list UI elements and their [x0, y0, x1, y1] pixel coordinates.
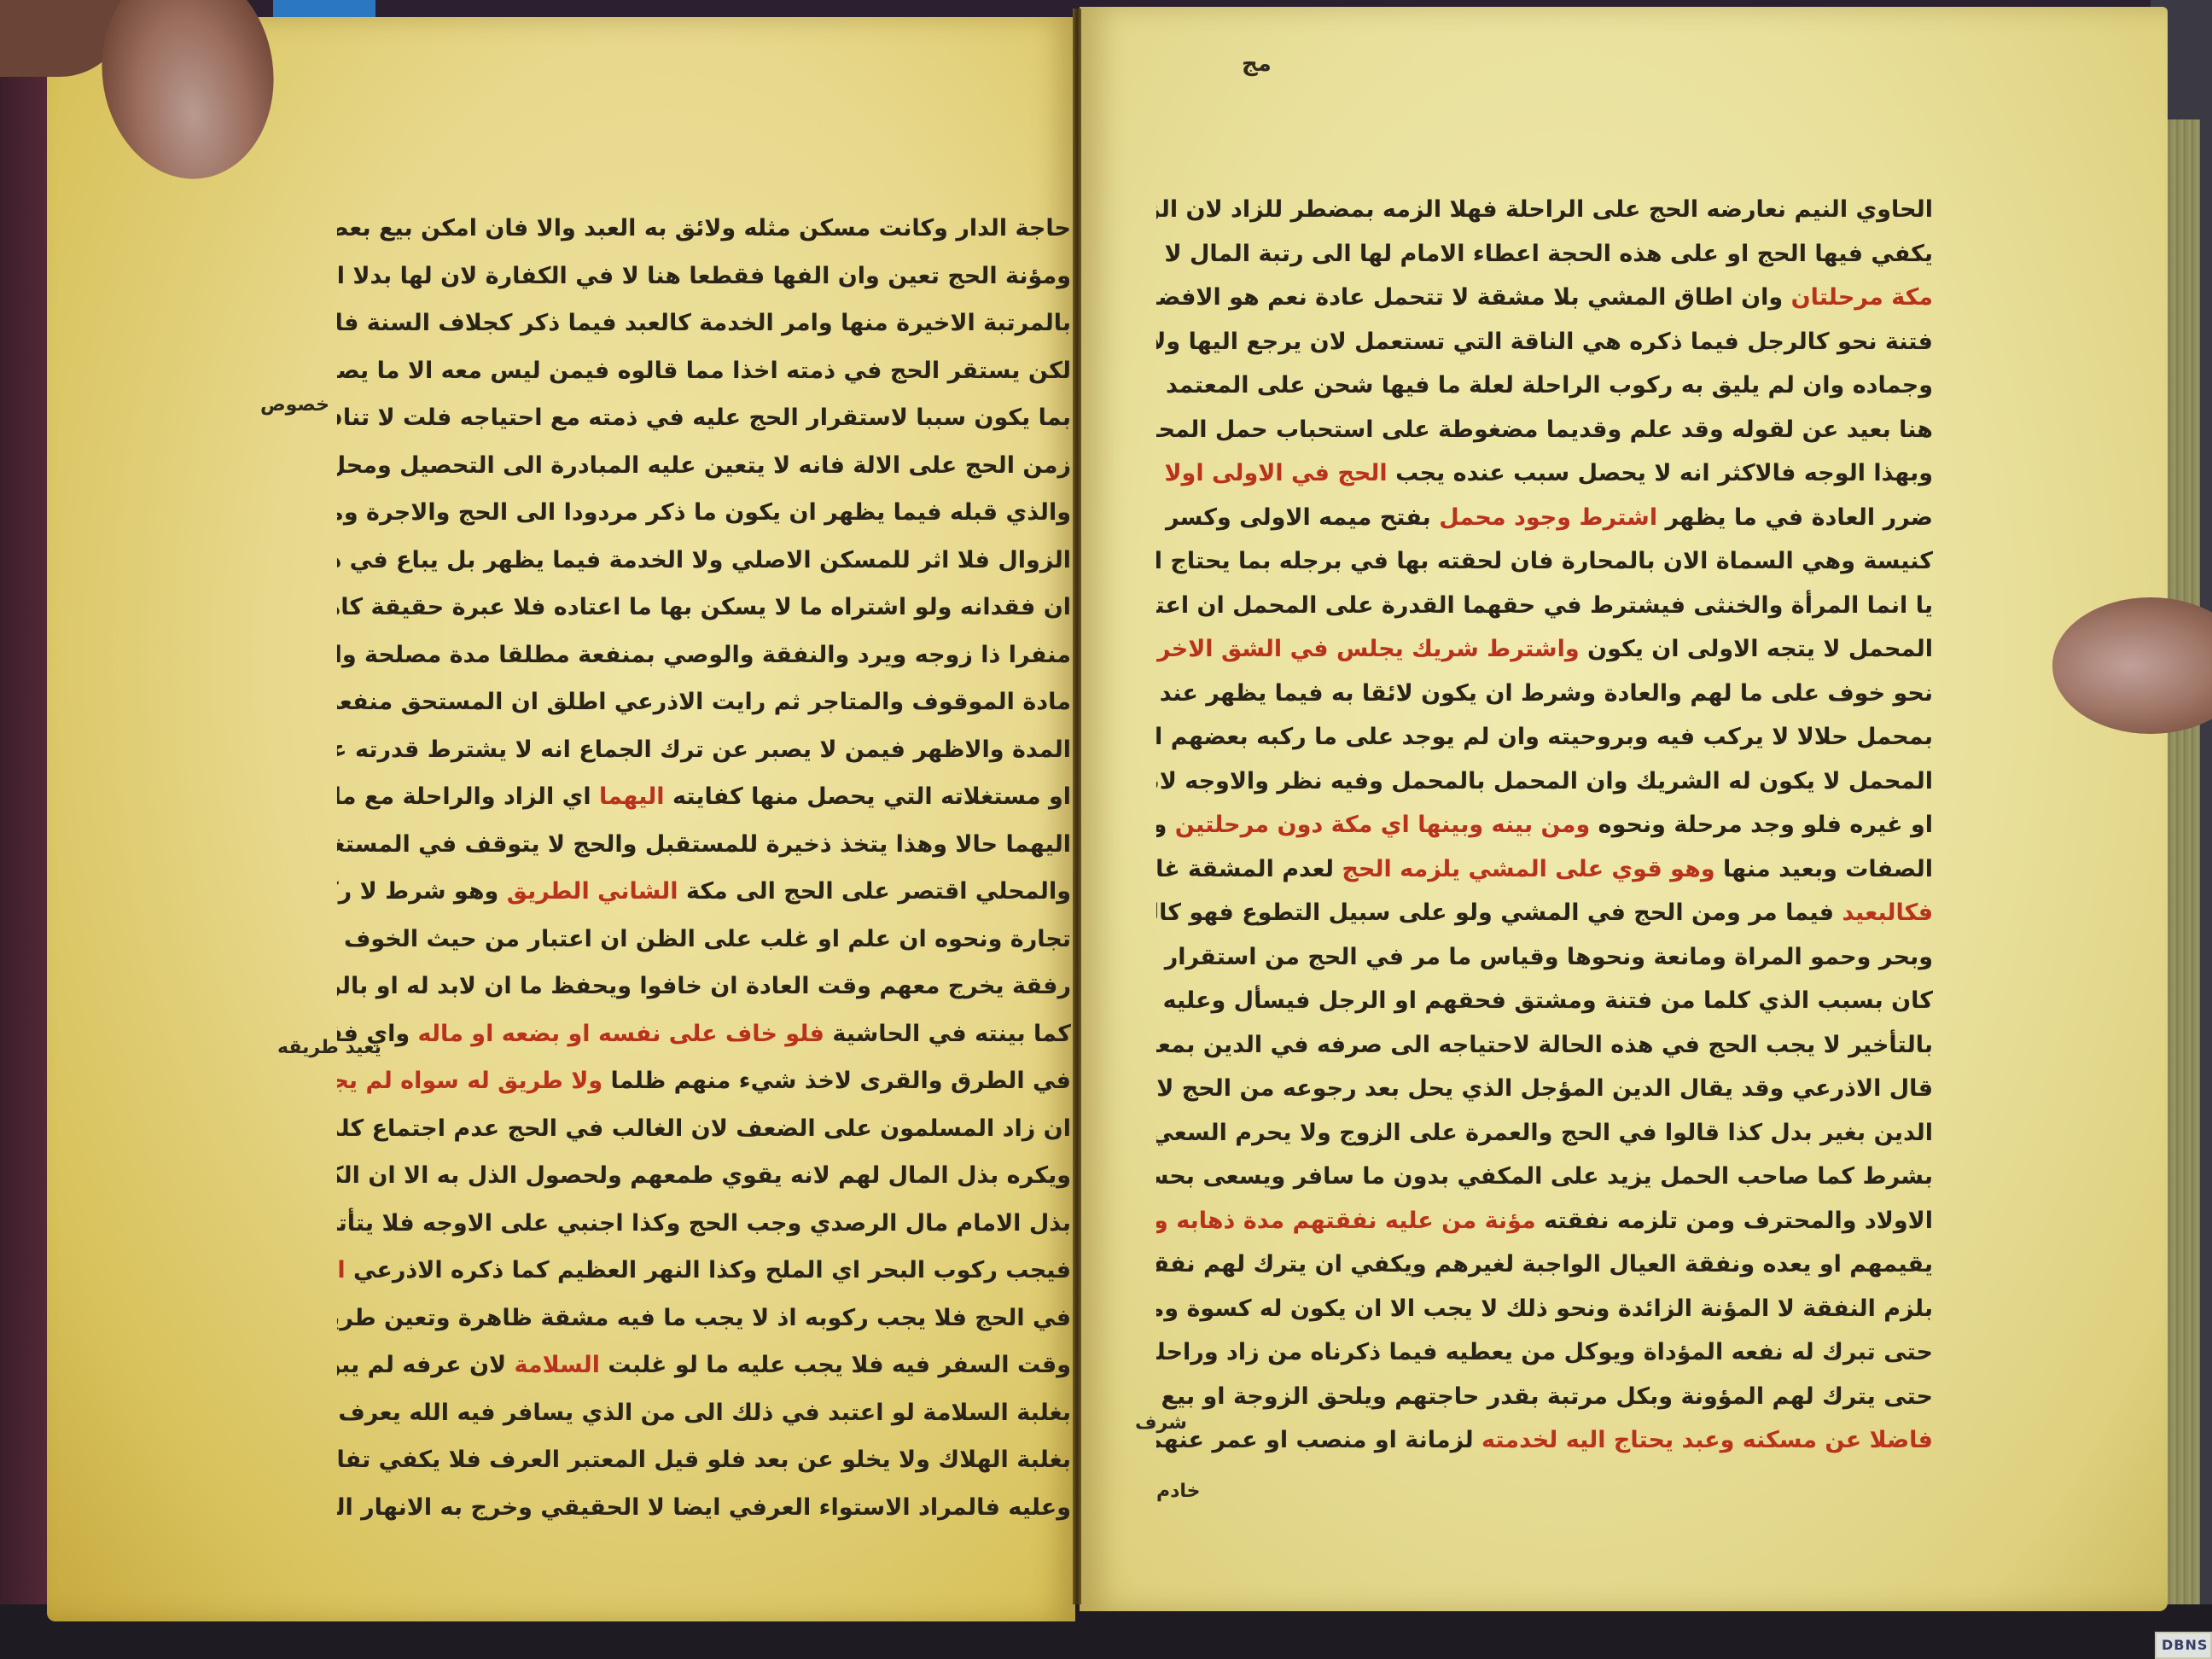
left-line: فيجب ركوب البحر اي الملح وكذا النهر العظ… — [337, 1247, 1071, 1295]
right-line: او غيره فلو وجد مرحلة ونحوه ومن بينه وبي… — [1156, 803, 1933, 847]
line-text: منفرا ذا زوجه ويرد والنفقة والوصي بمنفعة… — [337, 642, 1071, 668]
line-text-after: بفتح ميمه الاولى وكسر الثانية وقيل عكسه … — [1156, 504, 1431, 531]
line-text-after: وهو شرط لا ركن ولا يتوقف على المستقبل ون… — [337, 878, 498, 905]
right-line: حتى يترك لهم المؤونة وبكل مرتبة بقدر حاج… — [1156, 1375, 1933, 1419]
left-line: لكن يستقر الحج في ذمته اخذا مما قالوه في… — [337, 347, 1071, 395]
line-text: وجماده وان لم يليق به ركوب الراحلة لعلة … — [1156, 372, 1933, 399]
right-line: المحمل لا يتجه الاولى ان يكون واشترط شري… — [1156, 627, 1933, 672]
right-line: فتنة نحو كالرجل فيما ذكره هي الناقة التي… — [1156, 320, 1933, 364]
line-text: مادة الموقوف والمتاجر ثم رايت الاذرعي اط… — [337, 689, 1071, 715]
line-text: بغلبة السلامة لو اعتبد في ذلك الى من الذ… — [337, 1400, 1071, 1426]
left-line: بغلبة السلامة لو اعتبد في ذلك الى من الذ… — [337, 1389, 1071, 1437]
folio-mark: مج — [1242, 51, 1272, 77]
left-line: في الحج فلا يجب ركوبه اذ لا يجب ما فيه م… — [337, 1295, 1071, 1342]
left-line: حاجة الدار وكانت مسكن مثله ولائق به العب… — [337, 205, 1071, 253]
line-text: ان زاد المسلمون على الضعف لان الغالب في … — [337, 1115, 1071, 1142]
line-text: كما بينته في الحاشية — [824, 1021, 1071, 1047]
right-line: كان بسبب الذي كلما من فتنة ومشتق فحقهم ا… — [1156, 979, 1933, 1023]
line-text: تجارة ونحوه ان علم او غلب على الظن ان اع… — [337, 926, 1071, 952]
line-text: الاولاد والمحترف ومن تلزمه نفقته — [1536, 1208, 1933, 1234]
left-line: تجارة ونحوه ان علم او غلب على الظن ان اع… — [337, 916, 1071, 963]
rubric-text: وهو قوي على المشي يلزمه الحج — [1334, 856, 1715, 882]
right-line: فاضلا عن مسكنه وعبد يحتاج اليه لخدمته لز… — [1156, 1418, 1933, 1463]
right-line: هنا بعيد عن لقوله وقد علم وقديما مضغوطة … — [1156, 408, 1933, 452]
rubric-text: ومن بينه وبينها اي مكة دون مرحلتين — [1167, 812, 1590, 838]
line-text: فيما مر ومن الحج في المشي ولو على سبيل ا… — [1156, 899, 1834, 926]
catchword-top-margin: شرف — [1135, 1412, 1187, 1434]
line-text-after: واي فقد سبعا او عدوا اسلا او كافرا او رص… — [337, 1021, 410, 1047]
right-line: الاولاد والمحترف ومن تلزمه نفقته مؤنة من… — [1156, 1199, 1933, 1243]
line-text: حتى تبرك له نفعه المؤداة ويوكل من يعطيه … — [1156, 1339, 1933, 1365]
right-line: وجماده وان لم يليق به ركوب الراحلة لعلة … — [1156, 364, 1933, 408]
right-line: الحاوي النيم نعارضه الحج على الراحلة فهل… — [1156, 188, 1933, 232]
left-page-text: حاجة الدار وكانت مسكن مثله ولائق به العب… — [337, 205, 1071, 1531]
right-line: الدين بغير بدل كذا قالوا في الحج والعمرة… — [1156, 1111, 1933, 1155]
rubric-text: اشترط وجود محمل — [1431, 504, 1657, 531]
line-text: يا انما المرأة والخنثى فيشترط في حقهما ا… — [1156, 592, 1933, 619]
rubric-text: الشاني الطريق — [498, 878, 678, 905]
right-line: فكالبعيد فيما مر ومن الحج في المشي ولو ع… — [1156, 891, 1933, 935]
rubric-text: مكة مرحلتان — [1783, 284, 1933, 311]
right-line: بشرط كما صاحب الحمل يزيد على المكفي بدون… — [1156, 1155, 1933, 1199]
rubric-text: السلامة — [506, 1352, 600, 1378]
line-text: المدة والاظهر فيمن لا يصبر عن ترك الجماع… — [337, 736, 1071, 763]
line-text: اليهما حالا وهذا يتخذ ذخيرة للمستقبل وال… — [337, 831, 1071, 858]
line-text: الصفات وبعيد منها — [1715, 856, 1933, 882]
line-text: وعليه فالمراد الاستواء العرفي ايضا لا ال… — [337, 1494, 1071, 1521]
line-text: في الحج فلا يجب ركوبه اذ لا يجب ما فيه م… — [337, 1305, 1071, 1331]
line-text: ضرر العادة في ما يظهر — [1657, 504, 1933, 531]
line-text: المحمل لا يكون له الشريك وان المحمل بالم… — [1156, 768, 1933, 795]
right-page-text: الحاوي النيم نعارضه الحج على الراحلة فهل… — [1156, 188, 1933, 1463]
left-line: ومؤنة الحج تعين وان الفها فقطعا هنا لا ف… — [337, 253, 1071, 300]
margin-note-1: خصوص — [260, 394, 329, 416]
line-text: قال الاذرعي وقد يقال الدين المؤجل الذي ي… — [1156, 1075, 1933, 1102]
line-text-after: وان كان بينه وبينها او بينه مرحلتان فاقت… — [1156, 812, 1167, 838]
line-text: زمن الحج على الالة فانه لا يتعين عليه ال… — [337, 452, 1071, 479]
left-line: والمحلي اقتصر على الحج الى مكة الشاني ال… — [337, 868, 1071, 916]
right-line: الصفات وبعيد منها وهو قوي على المشي يلزم… — [1156, 847, 1933, 892]
line-text: ان فقدانه ولو اشتراه ما لا يسكن بها ما ا… — [337, 594, 1071, 620]
rubric-text: فاضلا عن مسكنه وعبد يحتاج اليه لخدمته — [1474, 1427, 1933, 1453]
left-line: رفقة يخرج معهم وقت العادة ان خافوا ويحفظ… — [337, 963, 1071, 1010]
right-line: نحو خوف على ما لهم والعادة وشرط ان يكون … — [1156, 672, 1933, 716]
left-line: الزوال فلا اثر للمسكن الاصلي ولا الخدمة … — [337, 537, 1071, 585]
left-line: بغلبة الهلاك ولا يخلو عن بعد فلو قيل الم… — [337, 1436, 1071, 1484]
left-line: اليهما حالا وهذا يتخذ ذخيرة للمستقبل وال… — [337, 821, 1071, 869]
left-line: وعليه فالمراد الاستواء العرفي ايضا لا ال… — [337, 1484, 1071, 1532]
right-line: وبحر وحمو المراة ومانعة ونحوها وقياس ما … — [1156, 935, 1933, 980]
right-line: مكة مرحلتان وان اطاق المشي بلا مشقة لا ت… — [1156, 276, 1933, 320]
line-text: بمحمل حلالا لا يركب فيه وبروحيته وان لم … — [1156, 724, 1933, 750]
line-text: او غيره فلو وجد مرحلة ونحوه — [1590, 812, 1933, 838]
line-text-after: لعدم المشقة غالبا فان ضعف عن المشي بان ي… — [1156, 856, 1334, 882]
rubric-text: الحج في الاولى اولا مشقة شديدة — [1156, 460, 1388, 486]
line-text: لكن يستقر الحج في ذمته اخذا مما قالوه في… — [337, 358, 1071, 384]
line-text: بشرط كما صاحب الحمل يزيد على المكفي بدون… — [1156, 1163, 1933, 1190]
line-text: بالمرتبة الاخيرة منها وامر الخدمة كالعبد… — [337, 310, 1071, 336]
line-text: يقيمهم او يعده ونفقة العيال الواجبة لغير… — [1156, 1251, 1933, 1278]
line-text: وقت السفر فيه فلا يجب عليه ما لو غلبت — [600, 1352, 1071, 1378]
left-line: ويكره بذل المال لهم لانه يقوي طمعهم ولحص… — [337, 1152, 1071, 1200]
left-line: في الطرق والقرى لاخذ شيء منهم ظلما ولا ط… — [337, 1057, 1071, 1105]
line-text: نحو خوف على ما لهم والعادة وشرط ان يكون … — [1156, 680, 1933, 707]
left-line: بذل الامام مال الرصدي وجب الحج وكذا اجنب… — [337, 1200, 1071, 1248]
line-text: وان اطاق المشي بلا مشقة لا تتحمل عادة نع… — [1156, 284, 1783, 311]
right-line: حتى تبرك له نفعه المؤداة ويوكل من يعطيه … — [1156, 1330, 1933, 1375]
left-line: او مستغلاته التي يحصل منها كفايته اليهما… — [337, 773, 1071, 821]
blue-strip — [273, 0, 375, 17]
line-text: حتى يترك لهم المؤونة وبكل مرتبة بقدر حاج… — [1156, 1383, 1933, 1410]
line-text: بالتأخير لا يجب الحج في هذه الحالة لاحتي… — [1156, 1032, 1933, 1058]
left-line: والذي قبله فيما يظهر ان يكون ما ذكر مردو… — [337, 489, 1071, 537]
right-line: المحمل لا يكون له الشريك وان المحمل بالم… — [1156, 760, 1933, 804]
left-line: كما بينته في الحاشية فلو خاف على نفسه او… — [337, 1010, 1071, 1058]
left-line: منفرا ذا زوجه ويرد والنفقة والوصي بمنفعة… — [337, 632, 1071, 679]
line-text: الحاوي النيم نعارضه الحج على الراحلة فهل… — [1156, 196, 1933, 223]
line-text: بذل الامام مال الرصدي وجب الحج وكذا اجنب… — [337, 1210, 1071, 1237]
right-line: وبهذا الوجه فالاكثر انه لا يحصل سبب عنده… — [1156, 451, 1933, 496]
right-line: بلزم النفقة لا المؤنة الزائدة ونحو ذلك ل… — [1156, 1287, 1933, 1331]
left-line: بما يكون سببا لاستقرار الحج عليه في ذمته… — [337, 394, 1071, 442]
book-gutter — [1073, 9, 1081, 1604]
left-line: بالمرتبة الاخيرة منها وامر الخدمة كالعبد… — [337, 300, 1071, 347]
line-text-after: لان عرفه لم يبق وعليه الحاكم ان — [337, 1352, 506, 1378]
rubric-text: ولا طريق له سواه لم يجب الحج — [337, 1068, 602, 1094]
right-line: بمحمل حلالا لا يركب فيه وبروحيته وان لم … — [1156, 715, 1933, 760]
line-text: ومؤنة الحج تعين وان الفها فقطعا هنا لا ف… — [337, 263, 1071, 289]
line-text: فيجب ركوب البحر اي الملح وكذا النهر العظ… — [346, 1257, 1071, 1284]
left-line: زمن الحج على الالة فانه لا يتعين عليه ال… — [337, 442, 1071, 490]
line-text: ويكره بذل المال لهم لانه يقوي طمعهم ولحص… — [337, 1162, 1071, 1189]
line-text: رفقة يخرج معهم وقت العادة ان خافوا ويحفظ… — [337, 973, 1071, 999]
shelf-label: DBNS — [2155, 1632, 2212, 1659]
line-text: في الطرق والقرى لاخذ شيء منهم ظلما — [602, 1068, 1071, 1094]
right-line: يقيمهم او يعده ونفقة العيال الواجبة لغير… — [1156, 1243, 1933, 1287]
line-text: الدين بغير بدل كذا قالوا في الحج والعمرة… — [1156, 1120, 1933, 1146]
left-line: ان زاد المسلمون على الضعف لان الغالب في … — [337, 1105, 1071, 1153]
line-text: كان بسبب الذي كلما من فتنة ومشتق فحقهم ا… — [1156, 987, 1933, 1014]
right-line: كنيسة وهي السماة الان بالمحارة فان لحقته… — [1156, 539, 1933, 584]
line-text: حاجة الدار وكانت مسكن مثله ولائق به العب… — [337, 215, 1071, 242]
right-line: ضرر العادة في ما يظهر اشترط وجود محمل بف… — [1156, 496, 1933, 540]
line-text: وبحر وحمو المراة ومانعة ونحوها وقياس ما … — [1156, 944, 1933, 970]
left-line: مادة الموقوف والمتاجر ثم رايت الاذرعي اط… — [337, 678, 1071, 726]
line-text: والذي قبله فيما يظهر ان يكون ما ذكر مردو… — [337, 499, 1071, 526]
right-line: يكفي فيها الحج او على هذه الحجة اعطاء ال… — [1156, 232, 1933, 276]
rubric-text: ان تعين طريقا وغلبت — [337, 1257, 346, 1284]
rubric-text: واشترط شريك يجلس في الشق الاخر — [1156, 636, 1580, 662]
line-text: يكفي فيها الحج او على هذه الحجة اعطاء ال… — [1156, 241, 1933, 267]
line-text: فتنة نحو كالرجل فيما ذكره هي الناقة التي… — [1156, 329, 1933, 355]
line-text: لزمانة او منصب او عمر عنهما الذي يحصلها … — [1156, 1427, 1474, 1453]
right-line: قال الاذرعي وقد يقال الدين المؤجل الذي ي… — [1156, 1067, 1933, 1111]
line-text: المحمل لا يتجه الاولى ان يكون — [1580, 636, 1933, 662]
line-text-after: اي الزاد والراحلة مع ما ذكر معهما كما يل… — [337, 783, 591, 810]
line-text: الزوال فلا اثر للمسكن الاصلي ولا الخدمة … — [337, 547, 1071, 573]
left-line: وقت السفر فيه فلا يجب عليه ما لو غلبت ال… — [337, 1342, 1071, 1389]
line-text: هنا بعيد عن لقوله وقد علم وقديما مضغوطة … — [1156, 416, 1933, 443]
left-line: ان فقدانه ولو اشتراه ما لا يسكن بها ما ا… — [337, 584, 1071, 632]
line-text: وبهذا الوجه فالاكثر انه لا يحصل سبب عنده… — [1388, 460, 1933, 486]
rubric-text: فلو خاف على نفسه او بضعه او ماله — [410, 1021, 824, 1047]
line-text: او مستغلاته التي يحصل منها كفايته — [665, 783, 1071, 810]
line-text: بغلبة الهلاك ولا يخلو عن بعد فلو قيل الم… — [337, 1447, 1071, 1473]
rubric-text: فكالبعيد — [1834, 899, 1933, 926]
line-text: بما يكون سببا لاستقرار الحج عليه في ذمته… — [337, 405, 1071, 431]
line-text: والمحلي اقتصر على الحج الى مكة — [678, 878, 1071, 905]
rubric-text: اليهما — [591, 783, 665, 810]
left-line: المدة والاظهر فيمن لا يصبر عن ترك الجماع… — [337, 726, 1071, 774]
right-line: يا انما المرأة والخنثى فيشترط في حقهما ا… — [1156, 584, 1933, 628]
catchword: خادم — [1156, 1481, 1201, 1502]
rubric-text: مؤنة من عليه نفقتهم مدة ذهابه وايابه — [1156, 1208, 1536, 1234]
line-text: بلزم النفقة لا المؤنة الزائدة ونحو ذلك ل… — [1156, 1295, 1933, 1322]
line-text: كنيسة وهي السماة الان بالمحارة فان لحقته… — [1156, 548, 1933, 574]
right-line: بالتأخير لا يجب الحج في هذه الحالة لاحتي… — [1156, 1023, 1933, 1068]
